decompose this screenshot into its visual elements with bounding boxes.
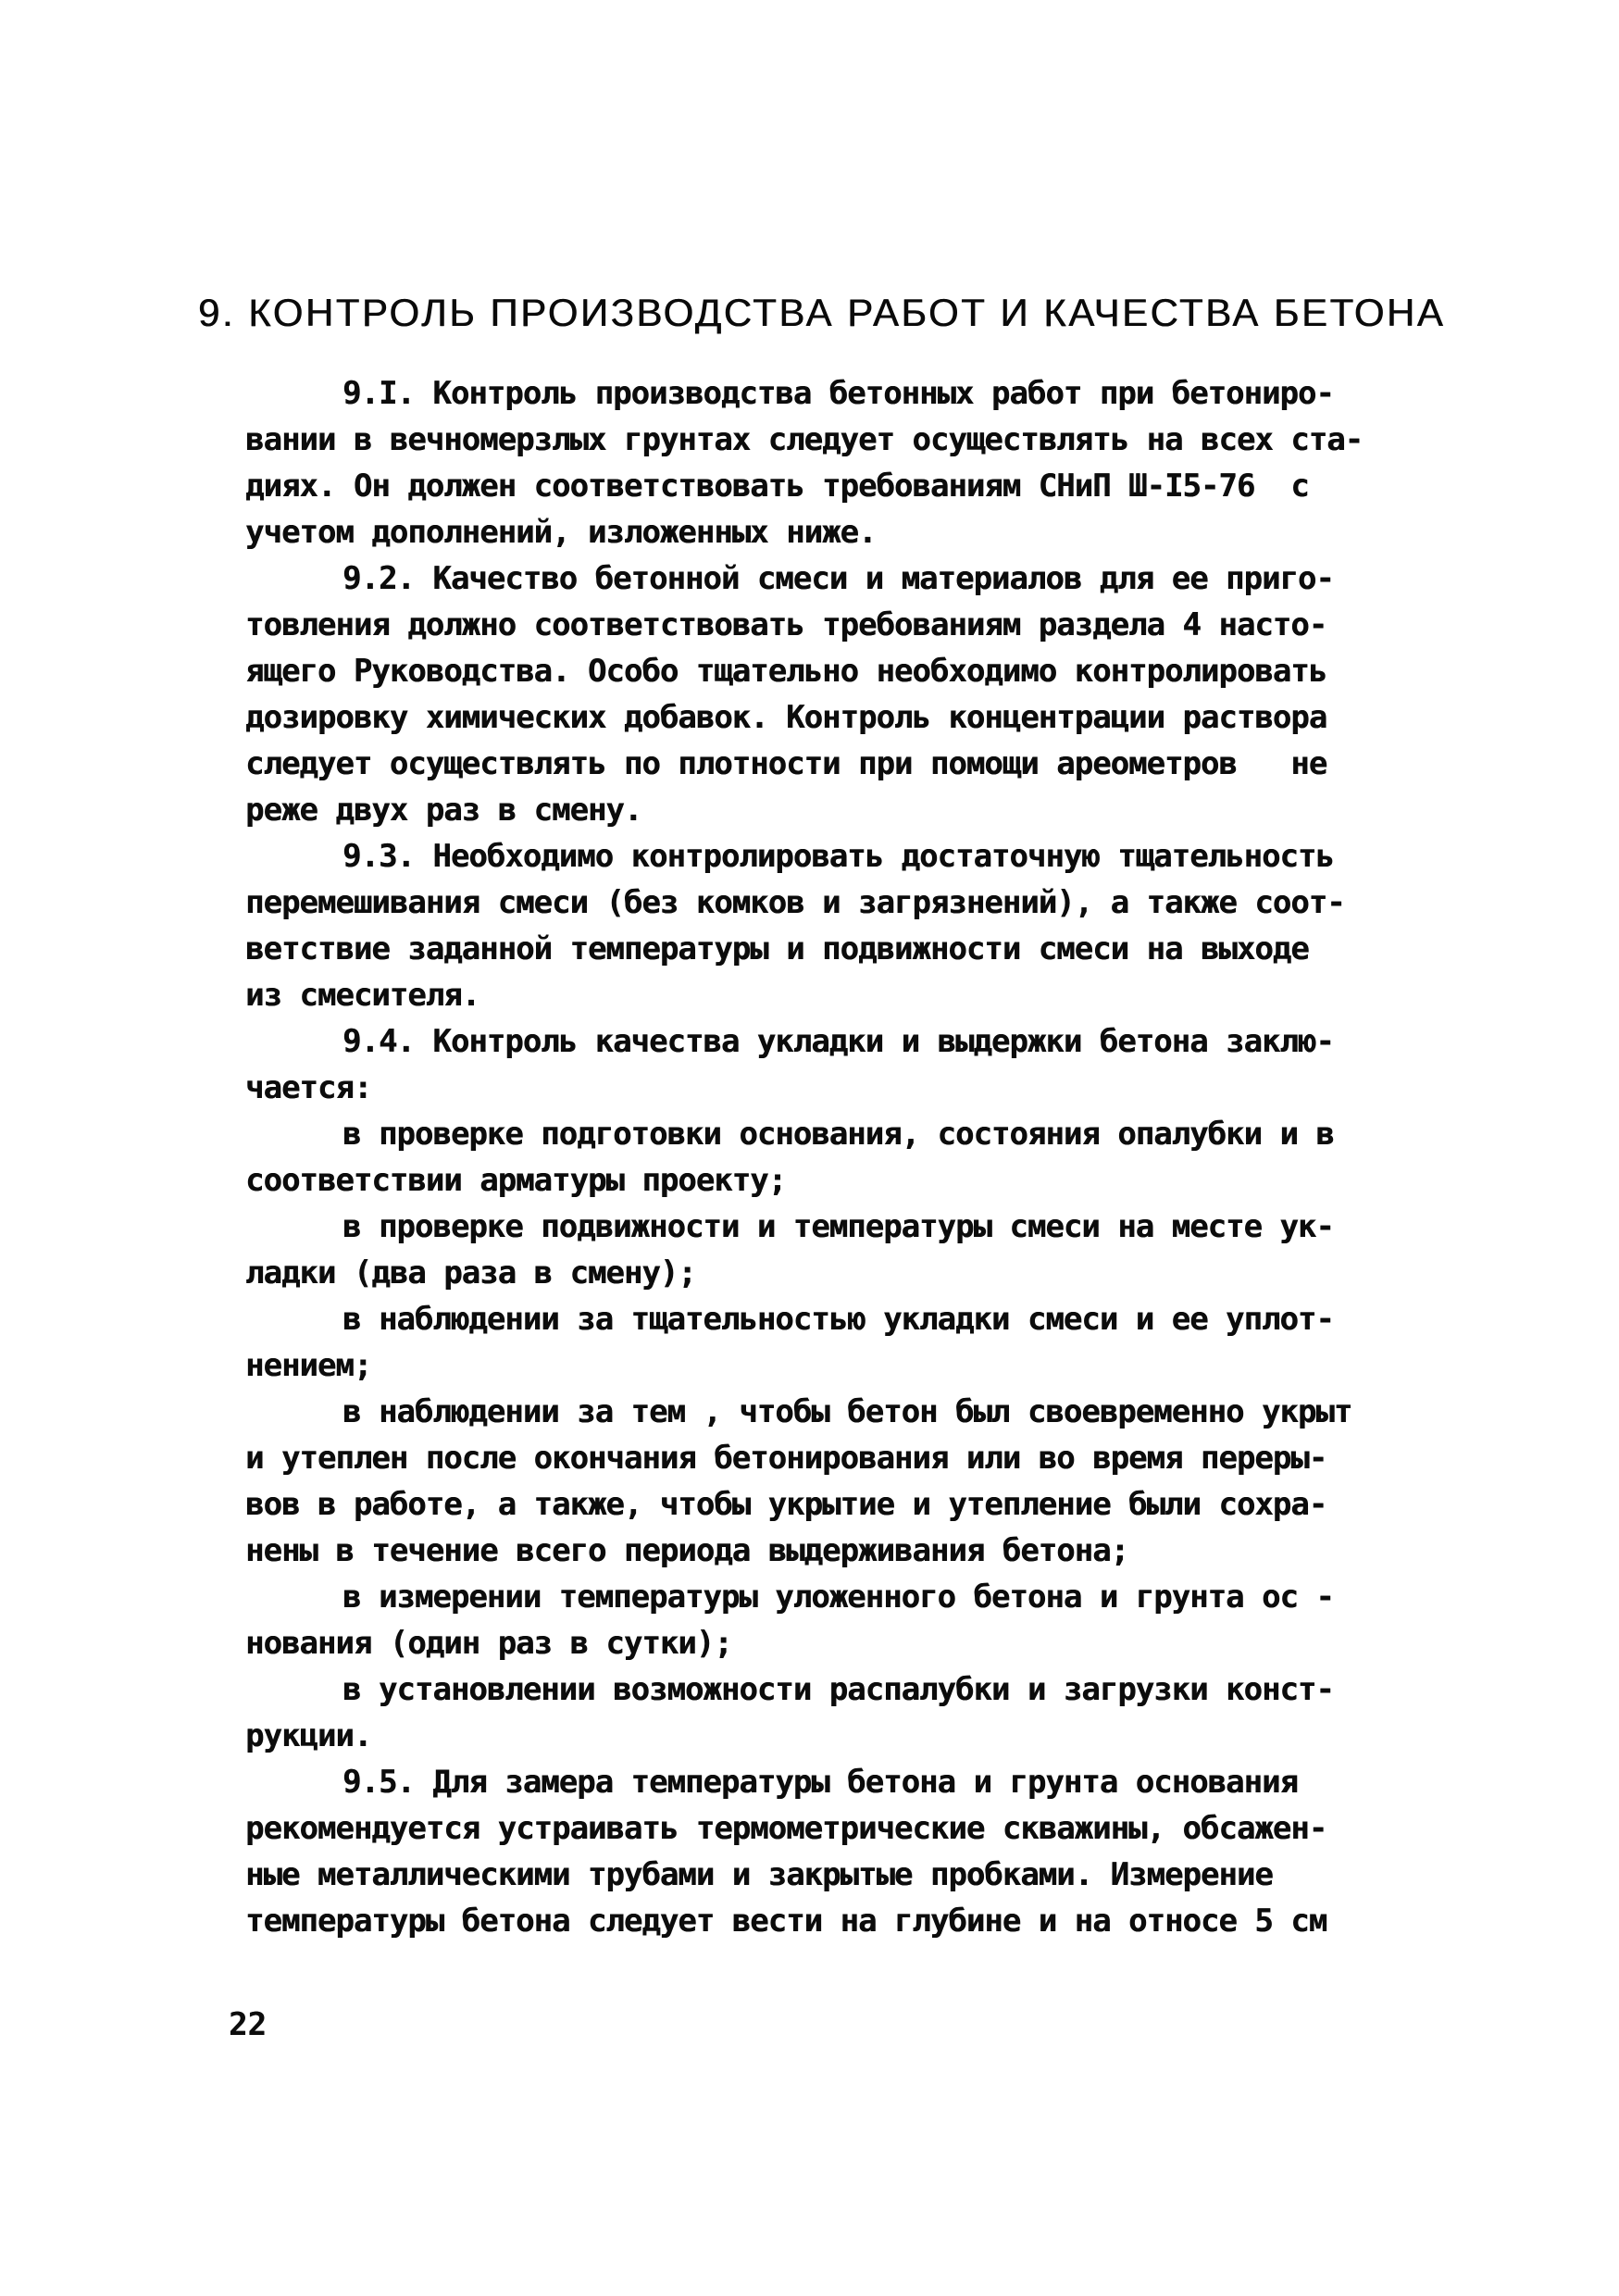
text-line: 9.4. Контроль качества укладки и выдержк… — [245, 1018, 1449, 1065]
scanned-document-page: 9. КОНТРОЛЬ ПРОИЗВОДСТВА РАБОТ И КАЧЕСТВ… — [0, 0, 1619, 2296]
text-line: и утеплен после окончания бетонирования … — [245, 1435, 1449, 1481]
text-line: 9.2. Качество бетонной смеси и материало… — [245, 555, 1449, 602]
text-line: диях. Он должен соответствовать требован… — [245, 463, 1449, 509]
text-line: товления должно соответствовать требован… — [245, 602, 1449, 648]
text-line: в измерении температуры уложенного бетон… — [245, 1574, 1449, 1620]
text-line: ящего Руководства. Особо тщательно необх… — [245, 648, 1449, 694]
text-line: рекомендуется устраивать термометрически… — [245, 1805, 1449, 1852]
text-line: в проверке подготовки основания, состоян… — [245, 1111, 1449, 1157]
text-line: чается: — [245, 1065, 1449, 1111]
body-text-block: 9.I. Контроль производства бетонных рабо… — [245, 370, 1449, 1944]
text-line: ветствие заданной температуры и подвижно… — [245, 926, 1449, 972]
text-line: вов в работе, а также, чтобы укрытие и у… — [245, 1481, 1449, 1528]
text-line: 9.I. Контроль производства бетонных рабо… — [245, 370, 1449, 417]
page-number: 22 — [229, 2002, 267, 2048]
text-line: температуры бетона следует вести на глуб… — [245, 1898, 1449, 1944]
text-line: из смесителя. — [245, 972, 1449, 1018]
text-line: соответствии арматуры проекту; — [245, 1157, 1449, 1204]
text-line: в проверке подвижности и температуры сме… — [245, 1204, 1449, 1250]
text-line: перемешивания смеси (без комков и загряз… — [245, 880, 1449, 926]
text-line: дозировку химических добавок. Контроль к… — [245, 694, 1449, 741]
text-line: 9.5. Для замера температуры бетона и гру… — [245, 1759, 1449, 1805]
text-line: нены в течение всего периода выдерживани… — [245, 1528, 1449, 1574]
text-line: 9.3. Необходимо контролировать достаточн… — [245, 833, 1449, 880]
text-line: ладки (два раза в смену); — [245, 1250, 1449, 1296]
text-line: учетом дополнений, изложенных ниже. — [245, 509, 1449, 555]
text-line: нением; — [245, 1342, 1449, 1389]
text-line: в установлении возможности распалубки и … — [245, 1666, 1449, 1713]
text-line: ные металлическими трубами и закрытые пр… — [245, 1852, 1449, 1898]
text-line: следует осуществлять по плотности при по… — [245, 741, 1449, 787]
text-line: в наблюдении за тщательностью укладки см… — [245, 1296, 1449, 1342]
section-heading: 9. КОНТРОЛЬ ПРОИЗВОДСТВА РАБОТ И КАЧЕСТВ… — [0, 291, 1619, 335]
text-line: вании в вечномерзлых грунтах следует осу… — [245, 417, 1449, 463]
text-line: в наблюдении за тем , чтобы бетон был св… — [245, 1389, 1449, 1435]
text-line: рукции. — [245, 1713, 1449, 1759]
text-line: реже двух раз в смену. — [245, 787, 1449, 833]
text-line: нования (один раз в сутки); — [245, 1620, 1449, 1666]
